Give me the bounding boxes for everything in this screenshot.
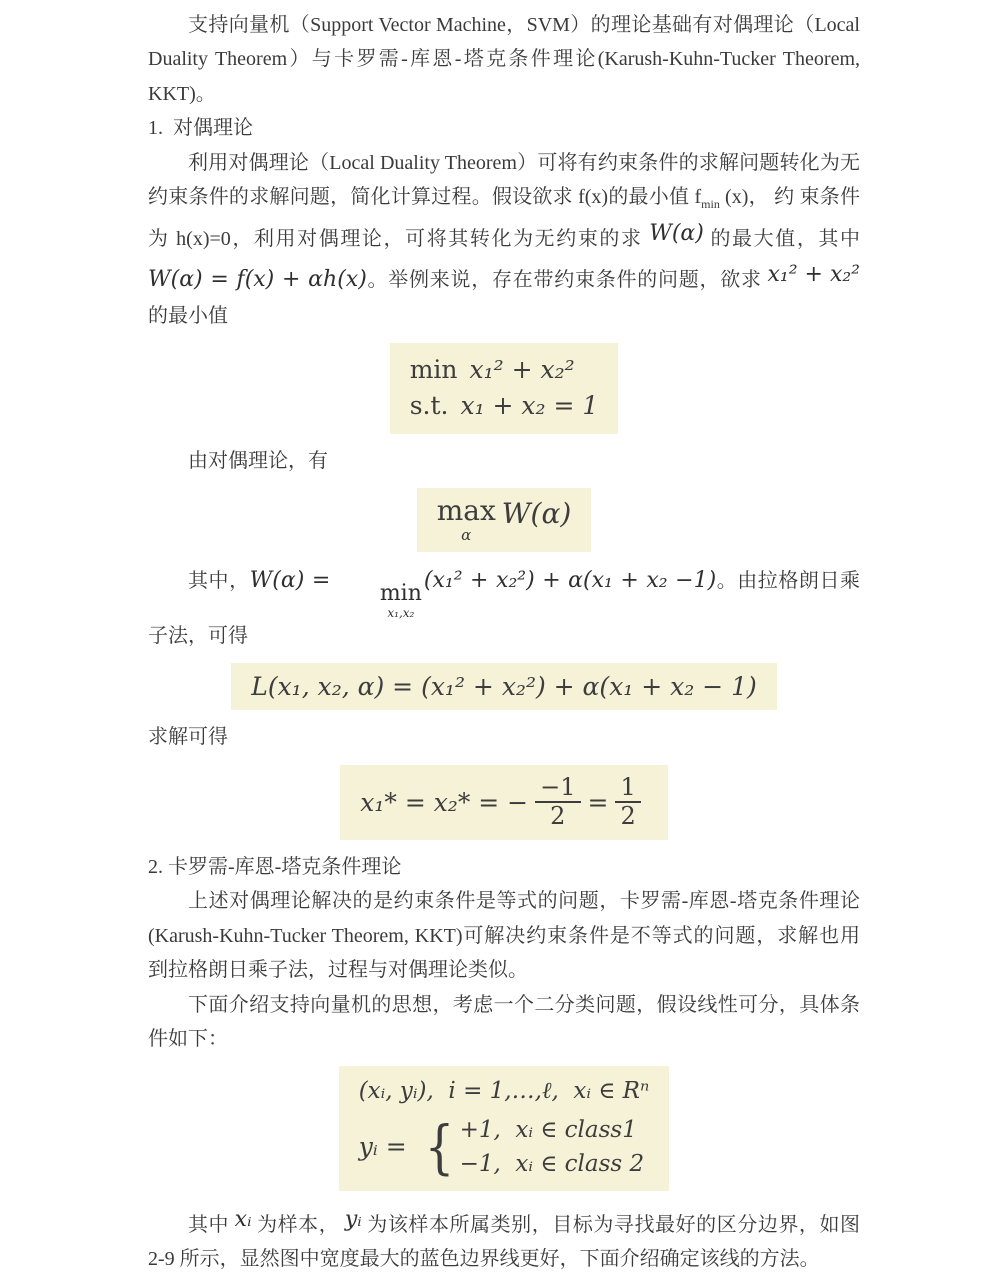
heading-duality-theory: 1. 对偶理论: [148, 111, 860, 145]
math-lhs: x₁* = x₂* = −: [360, 788, 528, 817]
paragraph-svm-intro: 下面介绍支持向量机的思想，考虑一个二分类问题，假设线性可分，具体条件如下：: [148, 988, 860, 1057]
math-expression: W(α): [502, 497, 572, 530]
paragraph-kkt: 上述对偶理论解决的是约束条件是等式的问题，卡罗需-库恩-塔克条件理论(Karus…: [148, 884, 860, 987]
case-line: +1, xᵢ ∈ class1: [460, 1113, 645, 1148]
text-run: 其中: [188, 1214, 229, 1236]
paragraph-goal: 其中 xᵢ 为样本， yᵢ 为该样本所属类别，目标为寻找最好的区分边界，如图 2…: [148, 1201, 860, 1277]
fraction-numerator: 1: [615, 774, 640, 804]
max-operator-with-limit: maxα: [437, 497, 496, 543]
fraction: −12: [535, 774, 580, 831]
math-lhs: yᵢ =: [359, 1129, 415, 1165]
heading-kkt-theory: 2. 卡罗需-库恩-塔克条件理论: [148, 850, 860, 884]
inline-formula-w-min: W(α) = minx₁,x₂(x₁² + x₂²) + α(x₁ + x₂ −…: [250, 568, 717, 593]
case-line: −1, xᵢ ∈ class 2: [460, 1147, 645, 1182]
math-expression: (xᵢ, yᵢ), i = 1,…,ℓ, xᵢ ∈ Rⁿ: [359, 1078, 650, 1104]
equation-classification-conditions: (xᵢ, yᵢ), i = 1,…,ℓ, xᵢ ∈ Rⁿ yᵢ = { +1, …: [339, 1066, 670, 1190]
equation-min-constraint: minx₁² + x₂² s.t.x₁ + x₂ = 1: [390, 343, 619, 434]
math-operator: max: [437, 497, 496, 525]
math-expression: L(x₁, x₂, α) = (x₁² + x₂²) + α(x₁ + x₂ −…: [251, 672, 757, 701]
math-operator: s.t.: [410, 391, 449, 420]
cases-column: +1, xᵢ ∈ class1−1, xᵢ ∈ class 2: [460, 1113, 645, 1182]
inline-formula-x-squares: x₁² + x₂²: [767, 256, 860, 294]
fraction: 12: [615, 774, 640, 831]
inline-formula-w-alpha: W(α): [649, 215, 704, 253]
inline-formula-xi: xᵢ: [235, 1201, 252, 1239]
fraction-denominator: 2: [615, 803, 640, 831]
equation-line: (xᵢ, yᵢ), i = 1,…,ℓ, xᵢ ∈ Rⁿ: [359, 1075, 650, 1108]
subscript-min: min: [701, 197, 720, 211]
paragraph-duality: 利用对偶理论（Local Duality Theorem）可将有约束条件的求解问…: [148, 146, 860, 334]
paragraph-intro: 支持向量机（Support Vector Machine，SVM）的理论基础有对…: [148, 8, 860, 111]
equation-line: s.t.x₁ + x₂ = 1: [410, 388, 599, 424]
equation-cases: yᵢ = { +1, xᵢ ∈ class1−1, xᵢ ∈ class 2: [359, 1113, 650, 1182]
fraction-denominator: 2: [545, 803, 570, 831]
equation-line: minx₁² + x₂²: [410, 352, 599, 388]
math-lhs: W(α) =: [250, 568, 338, 593]
text-run: 的最小值: [148, 305, 228, 327]
math-rhs: (x₁² + x₂²) + α(x₁ + x₂ −1): [424, 568, 716, 593]
text-run: 其中，: [188, 570, 250, 592]
math-operator: min: [340, 583, 422, 605]
math-limit: α: [461, 528, 471, 543]
equation-solution: x₁* = x₂* = −−12=12: [340, 765, 668, 840]
fraction-numerator: −1: [535, 774, 580, 804]
document-page: 支持向量机（Support Vector Machine，SVM）的理论基础有对…: [0, 0, 986, 1287]
paragraph-w-definition: 其中，W(α) = minx₁,x₂(x₁² + x₂²) + α(x₁ + x…: [148, 562, 860, 653]
text-run: 。举例来说，存在带约束条件的问题，欲求: [367, 269, 762, 291]
cases-brace: {: [424, 1120, 454, 1174]
inline-formula-w-definition: W(α) = f(x) + αh(x): [148, 267, 367, 292]
math-expression: x₁ + x₂ = 1: [460, 391, 598, 420]
text-run: 为样本，: [257, 1214, 339, 1236]
text-run: 为该样本所属类别，目标为寻找最好的区分边界，如图 2-9 所示，显然图中宽度最大…: [148, 1214, 865, 1270]
equation-lagrangian: L(x₁, x₂, α) = (x₁² + x₂²) + α(x₁ + x₂ −…: [231, 663, 777, 710]
math-expression: x₁² + x₂²: [470, 355, 575, 384]
inline-formula-yi: yᵢ: [345, 1201, 362, 1239]
math-equals: =: [588, 788, 609, 817]
paragraph-solve: 求解可得: [148, 720, 860, 754]
equation-max-w: maxα W(α): [417, 488, 592, 552]
math-limit: x₁,x₂: [347, 607, 414, 619]
text-run: 的最大值，其中: [710, 228, 860, 250]
math-operator: min: [410, 355, 458, 384]
paragraph-by-duality: 由对偶理论，有: [148, 444, 860, 478]
min-operator-with-limit: minx₁,x₂: [340, 583, 422, 619]
